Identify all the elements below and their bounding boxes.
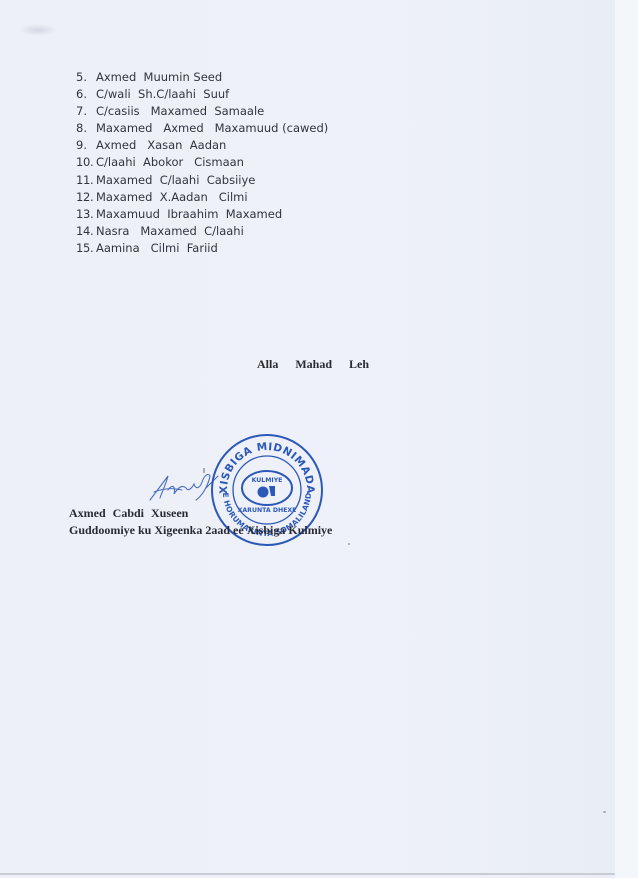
member-list-item: 9.Axmed Xasan Aadan bbox=[76, 137, 328, 154]
member-name: Maxamed X.Aadan Cilmi bbox=[96, 189, 248, 206]
member-list-item: 13.Maxamuud Ibraahim Maxamed bbox=[76, 206, 328, 223]
member-number: 14. bbox=[76, 223, 96, 240]
member-number: 12. bbox=[76, 189, 96, 206]
member-name: Nasra Maxamed C/laahi bbox=[96, 223, 244, 240]
signatory-name: Axmed Cabdi Xuseen bbox=[69, 506, 188, 521]
member-number: 15. bbox=[76, 240, 96, 257]
member-name: Maxamuud Ibraahim Maxamed bbox=[96, 206, 282, 223]
member-list-item: 14.Nasra Maxamed C/laahi bbox=[76, 223, 328, 240]
closing-phrase: Alla Mahad Leh bbox=[257, 357, 369, 372]
scan-smudge bbox=[18, 24, 58, 36]
member-list-item: 7.C/casiis Maxamed Samaale bbox=[76, 103, 328, 120]
member-list-item: 5.Axmed Muumin Seed bbox=[76, 69, 328, 86]
speck bbox=[348, 543, 350, 545]
member-number: 7. bbox=[76, 103, 96, 120]
page-edge-bottom bbox=[0, 873, 615, 875]
svg-text:KULMIYE: KULMIYE bbox=[252, 477, 283, 484]
member-name: Maxamed Axmed Maxamuud (cawed) bbox=[96, 120, 328, 137]
member-list-item: 15.Aamina Cilmi Fariid bbox=[76, 240, 328, 257]
member-number: 13. bbox=[76, 206, 96, 223]
scanned-page: 5.Axmed Muumin Seed6.C/wali Sh.C/laahi S… bbox=[0, 0, 638, 878]
member-number: 11. bbox=[76, 172, 96, 189]
member-list-item: 6.C/wali Sh.C/laahi Suuf bbox=[76, 86, 328, 103]
member-number: 8. bbox=[76, 120, 96, 137]
speck bbox=[603, 811, 606, 813]
member-number: 9. bbox=[76, 137, 96, 154]
member-list-item: 8.Maxamed Axmed Maxamuud (cawed) bbox=[76, 120, 328, 137]
members-list: 5.Axmed Muumin Seed6.C/wali Sh.C/laahi S… bbox=[76, 69, 328, 257]
signatory-title: Guddoomiye ku Xigeenka 2aad ee Xisbiga K… bbox=[69, 523, 332, 538]
member-list-item: 12.Maxamed X.Aadan Cilmi bbox=[76, 189, 328, 206]
svg-text:XARUNTA DHEXE: XARUNTA DHEXE bbox=[238, 507, 297, 514]
member-name: Axmed Xasan Aadan bbox=[96, 137, 226, 154]
member-name: C/casiis Maxamed Samaale bbox=[96, 103, 264, 120]
member-name: Axmed Muumin Seed bbox=[96, 69, 222, 86]
member-name: Maxamed C/laahi Cabsiiye bbox=[96, 172, 255, 189]
member-list-item: 10.C/laahi Abokor Cismaan bbox=[76, 154, 328, 171]
member-name: Aamina Cilmi Fariid bbox=[96, 240, 218, 257]
member-name: C/wali Sh.C/laahi Suuf bbox=[96, 86, 229, 103]
member-number: 6. bbox=[76, 86, 96, 103]
member-number: 10. bbox=[76, 154, 96, 171]
page-edge-right bbox=[615, 0, 638, 878]
member-number: 5. bbox=[76, 69, 96, 86]
member-list-item: 11.Maxamed C/laahi Cabsiiye bbox=[76, 172, 328, 189]
member-name: C/laahi Abokor Cismaan bbox=[96, 154, 244, 171]
